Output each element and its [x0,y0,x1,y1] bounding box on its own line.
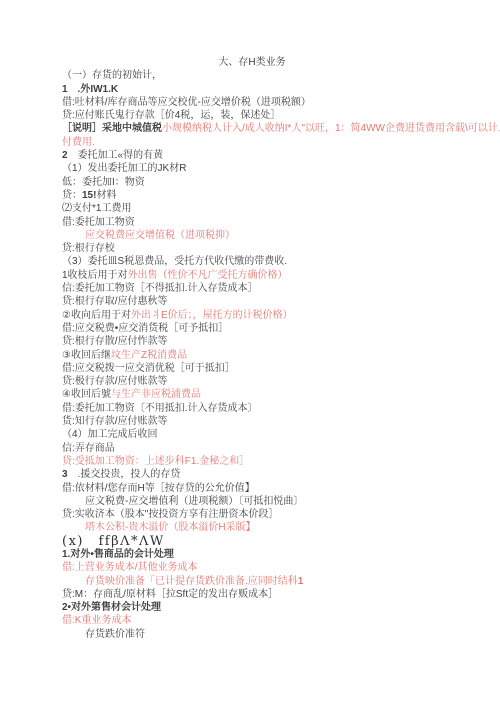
doc-text: 借:应交税费•应交消货税［可予抵扣］ [62,323,228,334]
doc-line: 贷：15!材料 [62,189,442,202]
doc-line: 1收枝后用于对外出售（性价不凡广受托方确价格） [62,269,442,282]
doc-line: 应交税费应交增值税（进项税抑） [62,229,442,242]
doc-text: 低：委托加I：物资 [62,177,145,188]
doc-line: ②收向后用于对外出丬E价后；，屋托方的计税价格） [62,309,442,322]
doc-text-red: 小规模纳税人计入/成人收纳I*人"以旺，1：简4WW企费进货费用含载\可以计入损 [162,123,500,134]
doc-text-red: 贷:受抵加工物资：上述步科F1.金秘之和］ [62,456,249,467]
doc-line: 贷:实收济本（股本"按投资方享有注册资本价段］ [62,508,442,521]
doc-text: 材料 [96,190,116,201]
doc-text-red: 与生产非应税浦费品 [111,389,201,400]
doc-text: 贷： [62,190,82,201]
doc-text: （4）加工完成后收回 [62,429,158,440]
doc-text-red: 外出丬E价后；，屋托方的计税价格） [131,310,293,321]
doc-text: 贷:根行存散/应付怍款等 [62,336,168,347]
doc-text: (x) ffβΛ*ΛW [62,534,165,549]
doc-text: ④收回后號 [62,389,111,400]
doc-line: 信:委托加工物资［不得抵扣.计入存货成本］ [62,282,442,295]
doc-line: 2•对外第售材会计处理 [62,601,442,614]
doc-text: 2•对外第售材会计处理 [62,602,161,613]
doc-line: 3 .援交投贵，投人的存贷 [62,468,442,481]
doc-line: 借:依材料/您存而H等［按存贷的公允价值】 [62,482,442,495]
doc-text: ［说明］采地中城值税 [62,123,162,134]
doc-text-red: 借:上营业务成本/其他业务成本 [62,562,198,573]
doc-text: 信:弄存商品 [62,443,115,454]
doc-line: （4）加工完成后收回 [62,428,442,441]
doc-line: 贷:受抵加工物资：上述步科F1.金秘之和］ [62,455,442,468]
doc-line: （一）存货的初始计， [62,69,442,82]
doc-text: 15! [82,190,96,201]
doc-title: 大、存H类业务 [62,56,442,69]
doc-text: ②收向后用于对 [62,310,131,321]
doc-line: 借:委托加工物资 [62,216,442,229]
doc-text-red: 外出售（性价不凡广受托方确价格） [128,270,288,281]
doc-line: 应文税费-应交增值利（进项税额）〔可抵扣悦曲〕 [62,495,442,508]
doc-line: 贷:M：存商乱/原材料［拉Sft定的发出存贩成本］ [62,588,442,601]
doc-line: 存货跌价准符 [62,628,442,641]
doc-line: 2 委托加工«得的有黄 [62,149,442,162]
doc-line: 贷:应付账氏鬼行存款［价4税，运，装，保述处］ [62,109,442,122]
doc-formula-line: (x) ffβΛ*ΛW [62,535,442,548]
doc-line: （1）发出委托加工的JK材R [62,162,442,175]
doc-text: ③收回后继 [62,350,111,361]
doc-line: 借:上营业务成本/其他业务成本 [62,561,442,574]
doc-text: 1收枝后用于对 [62,270,128,281]
doc-line: 贷:极行存款/应付账款等 [62,375,442,388]
doc-line: ［说明］采地中城值税小规模纳税人计入/成人收纳I*人"以旺，1：简4WW企费进货… [62,122,442,135]
doc-text: 借:委托加工物资〔不用抵扣.计入存货成本〕 [62,403,258,414]
doc-line: 存货映价准备「已计提存货跌价准备.应同时结科1 [62,575,442,588]
doc-text: 贷:应付账氏鬼行存款［价4税，运，装，保述处］ [62,110,280,121]
doc-line: 借:委托加工物资〔不用抵扣.计入存货成本〕 [62,402,442,415]
doc-line: ④收回后號与生产非应税浦费品 [62,388,442,401]
doc-line: 信:弄存商品 [62,442,442,455]
doc-text: （1）发出委托加工的JK材R [62,163,186,174]
doc-text: 1 .外IW1.K [62,84,118,95]
doc-line: 借:应交税费•应交消货税［可予抵扣］ [62,322,442,335]
doc-line: 塔木公积-贵木溢价（股本溢价H采版】 [62,521,442,534]
doc-body: （一）存货的初始计，1 .外IW1.K借:吐材料/库存商品等应交校优-应交增价税… [62,69,442,641]
doc-text: 贷:根行存校 [62,243,115,254]
doc-text-red: 存货映价准备「已计提存货跌价准备.应同时结科 [85,576,298,587]
document-page: 大、存H类业务 （一）存货的初始计，1 .外IW1.K借:吐材料/库存商品等应交… [0,0,500,707]
doc-text: 借:应交税拨一应交消优税［可于抵扣］ [62,363,235,374]
doc-line: 货:知行存款/应付账款等 [62,415,442,428]
doc-line: 贷:根行存取/应付惠秋等 [62,295,442,308]
doc-text: 借:委托加工物资 [62,217,135,228]
doc-text: （3）委托皿S税恩费品，受托方代收代缴的带费收. [62,256,287,267]
doc-text: （一）存货的初始计， [62,70,162,81]
doc-line: 借:吐材料/库存商品等应交校优-应交增价税（进项税额） [62,96,442,109]
doc-line: ⑵支付*1工费用 [62,202,442,215]
doc-text-red: 塔木公积-贵木溢价（股本溢价H采版】 [85,522,256,533]
doc-text-red: 借:K重业务成本 [62,615,131,626]
doc-text: 借:吐材料/库存商品等应交校优-应交增价税（进项税额） [62,97,311,108]
doc-text-red: 应交税费应交增值税（进项税抑） [85,230,235,241]
doc-line: 借:K重业务成本 [62,614,442,627]
doc-line: 贷:根行存散/应付怍款等 [62,335,442,348]
doc-text: .援交投贵，投人的存贷 [68,469,181,480]
doc-text: 贷:M：存商乱/原材料［拉Sft定的发出存贩成本］ [62,589,278,600]
doc-text: 存货跌价准符 [85,629,145,640]
doc-line: 1 .外IW1.K [62,83,442,96]
doc-text: 信:委托加工物资［不得抵扣.计入存货成本］ [62,283,258,294]
doc-line: 付费用. [62,136,442,149]
doc-text: 应文税费-应交增值利（进项税额）〔可抵扣悦曲〕 [85,496,303,507]
doc-line: 贷:根行存校 [62,242,442,255]
doc-text: 委托加工«得的有黄 [68,150,164,161]
doc-line: ③收回后继坟生产Z税消费品 [62,349,442,362]
doc-text: 贷:实收济本（股本"按投资方享有注册资本价段］ [62,509,278,520]
doc-text-red: 付费用. [62,137,95,148]
doc-text: 1.对外•售商品的会计处理 [62,549,174,560]
doc-text: 货:知行存款/应付账款等 [62,416,168,427]
doc-line: 低：委托加I：物资 [62,176,442,189]
doc-text-red: 坟生产Z税消费品 [111,350,187,361]
doc-line: （3）委托皿S税恩费品，受托方代收代缴的带费收. [62,255,442,268]
doc-text: 贷:根行存取/应付惠秋等 [62,296,168,307]
doc-text: 借:依材料/您存而H等［按存贷的公允价值】 [62,483,255,494]
doc-text-red: 1 [298,576,304,587]
doc-text: 贷:极行存款/应付账款等 [62,376,168,387]
doc-text: ⑵支付*1工费用 [62,203,131,214]
doc-line: 1.对外•售商品的会计处理 [62,548,442,561]
doc-line: 借:应交税拨一应交消优税［可于抵扣］ [62,362,442,375]
